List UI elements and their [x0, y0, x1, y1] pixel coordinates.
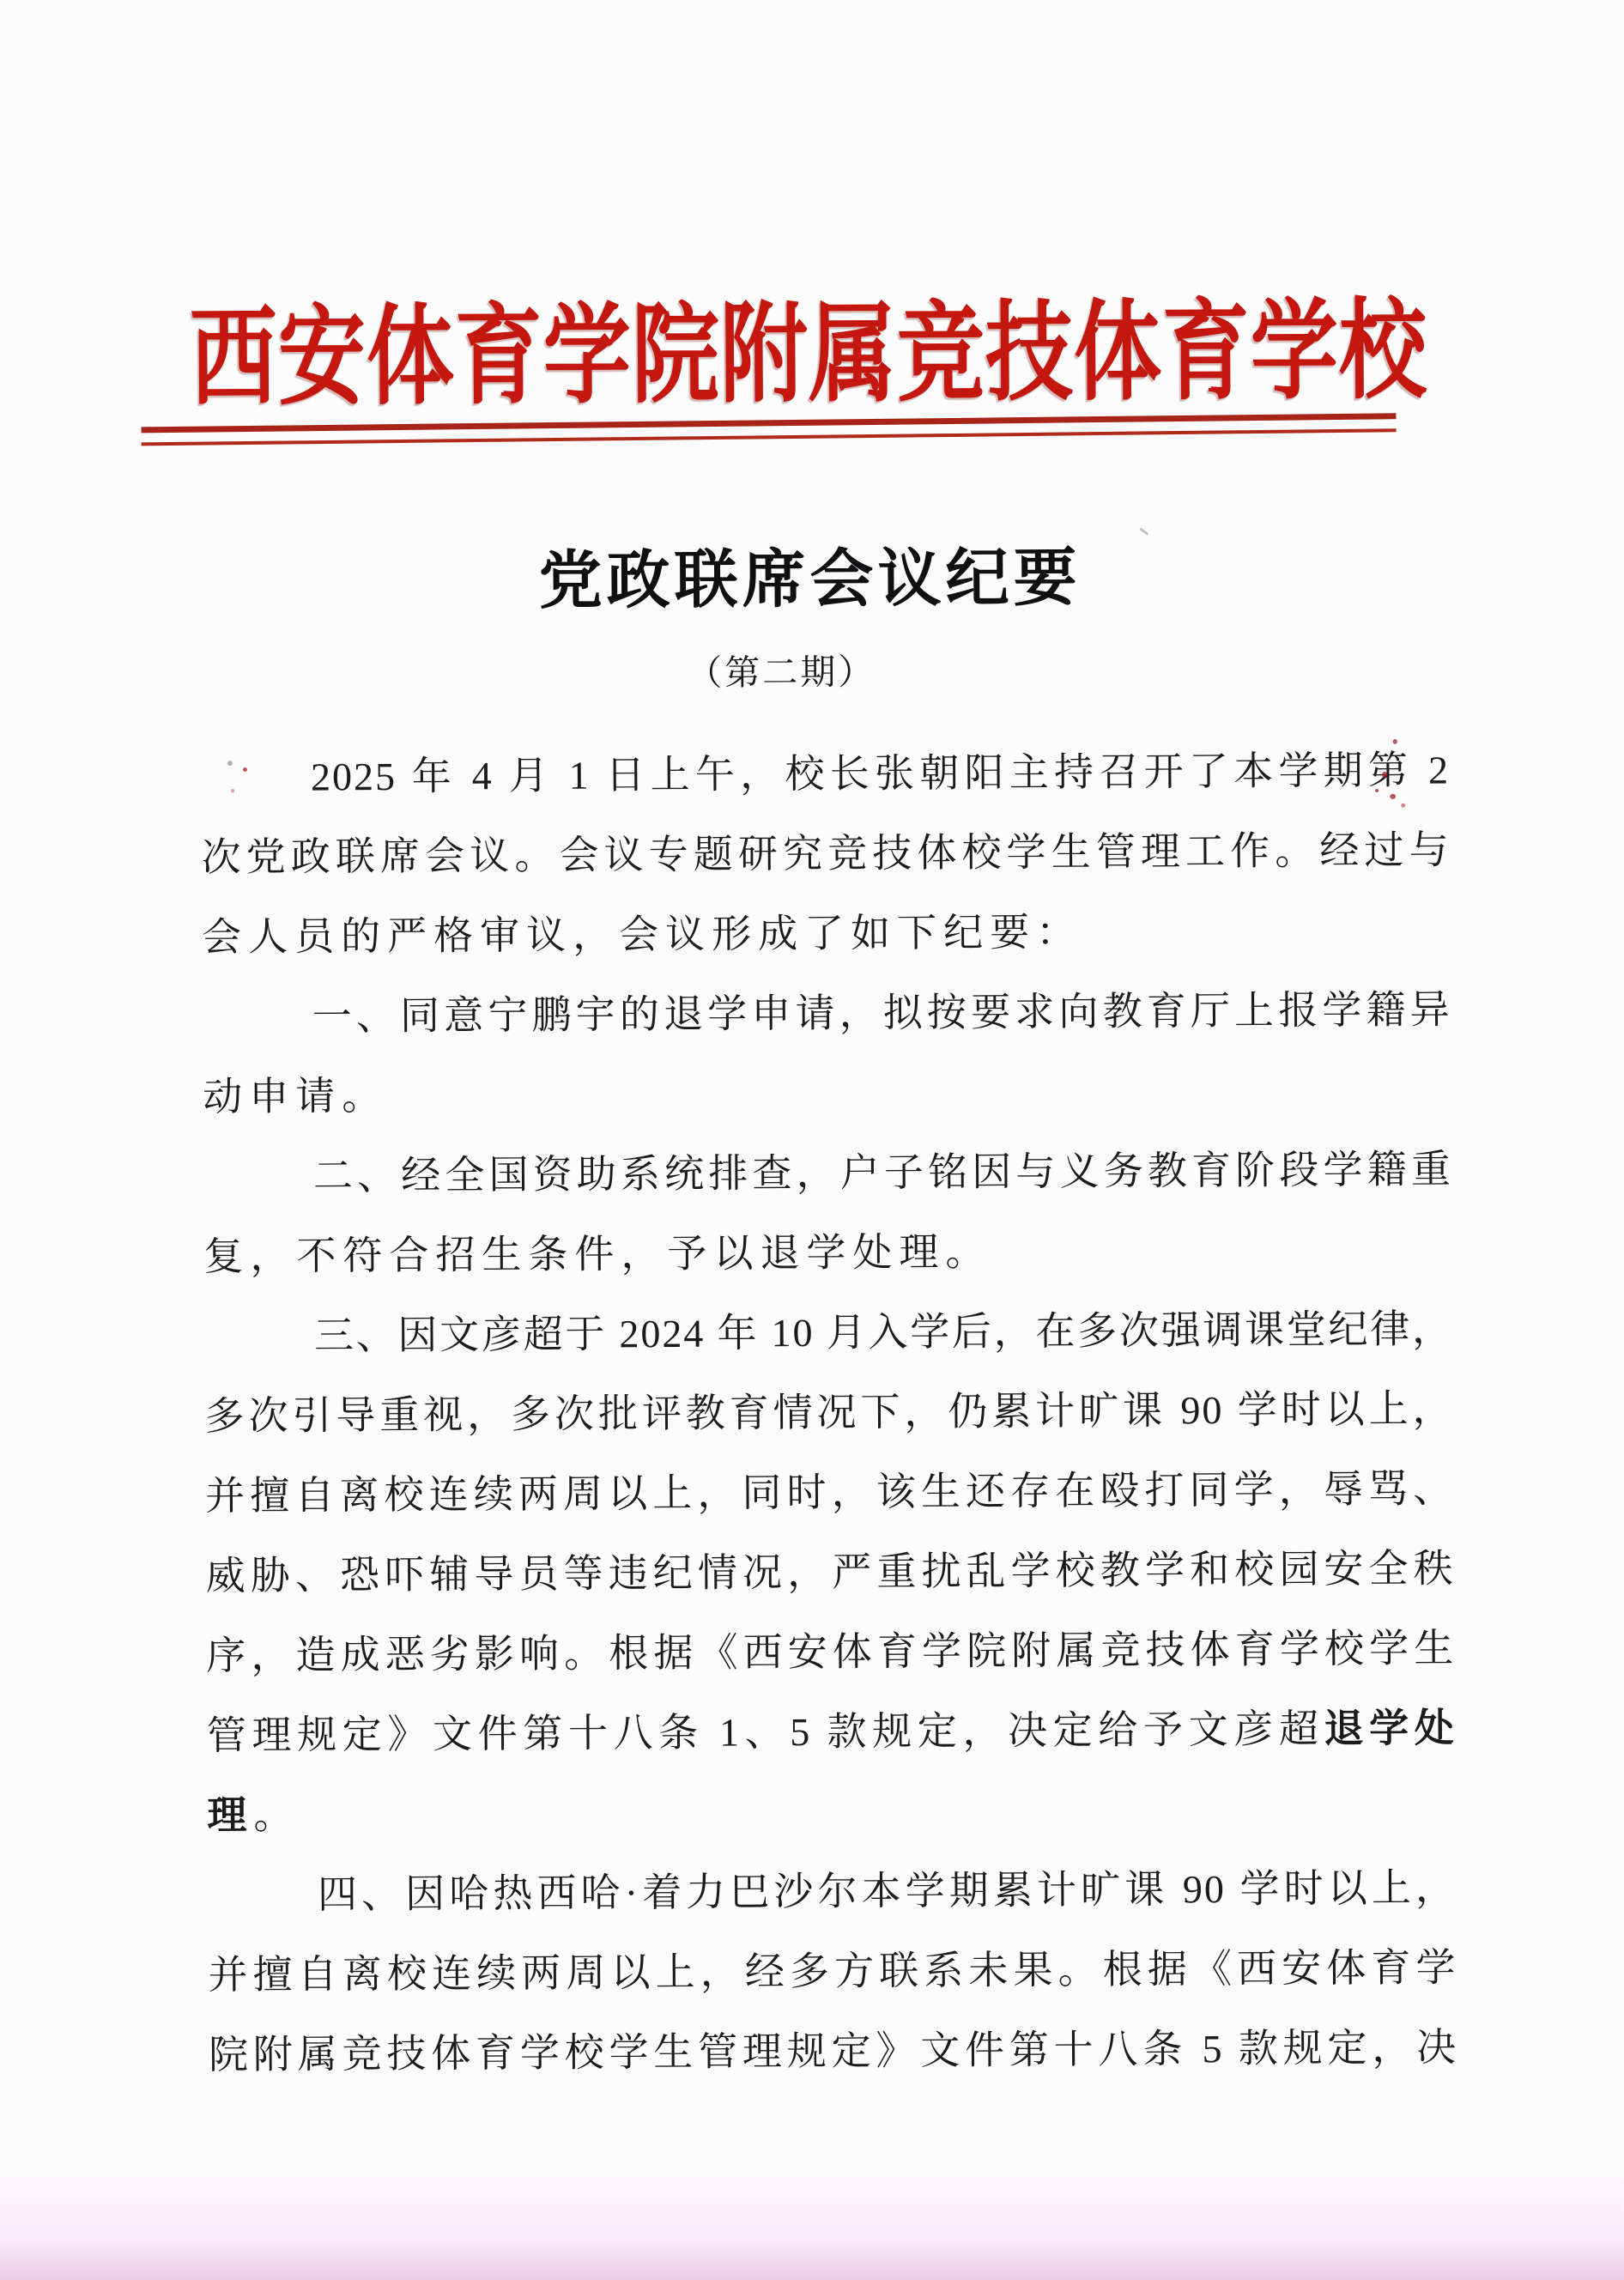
- text-run: 2025 年 4 月 1 日上午，校长张朝阳主持召开了本学期第 2: [311, 748, 1450, 798]
- text-run: 院附属竞技体育学校学生管理规定》文件第十八条 5 款规定，决: [209, 2025, 1457, 2077]
- body-line: 序，造成恶劣影响。根据《西安体育学院附属竞技体育学校学生: [206, 1608, 1456, 1695]
- text-run: 多次引导重视，多次批评教育情况下，仍累计旷课 90 学时以上，: [204, 1386, 1453, 1438]
- body-line: 次党政联席会议。会议专题研究竞技体校学生管理工作。经过与: [201, 810, 1451, 897]
- letterhead-title: 西安体育学院附属竞技体育学校: [0, 263, 1621, 428]
- scan-speck: [231, 789, 234, 792]
- text-run: 序，造成恶劣影响。根据《西安体育学院附属竞技体育学校学生: [206, 1626, 1455, 1677]
- issue-number: （第二期）: [0, 639, 1593, 700]
- body-line: 三、因文彦超于 2024 年 10 月入学后，在多次强调课堂纪律，: [204, 1289, 1454, 1376]
- scan-speck: [1390, 794, 1396, 799]
- text-run: 一、同意宁鹏宇的退学申请，拟按要求向教育厅上报学籍异: [312, 987, 1451, 1038]
- scan-speck: [1382, 772, 1387, 778]
- text-run: 四、因哈热西哈·着力巴沙尔本学期累计旷课 90 学时以上，: [318, 1865, 1457, 1916]
- text-run: 动申请。: [203, 1074, 388, 1119]
- body-line: 多次引导重视，多次批评教育情况下，仍累计旷课 90 学时以上，: [204, 1368, 1454, 1456]
- body-line: 并擅自离校连续两周以上，同时，该生还存在殴打同学，辱骂、: [205, 1448, 1455, 1536]
- document-content: 西安体育学院附属竞技体育学校 党政联席会议纪要 （第二期） 2025 年 4 月…: [0, 0, 1624, 2280]
- text-run: 并擅自离校连续两周以上，经多方联系未果。根据《西安体育学: [208, 1945, 1457, 1997]
- text-run: 二、经全国资助系统排查，户子铭因与义务教育阶段学籍重: [313, 1147, 1452, 1198]
- text-run: 次党政联席会议。会议专题研究竞技体校学生管理工作。经过与: [201, 828, 1450, 879]
- emphasis-text: 理: [207, 1793, 253, 1837]
- body-line: 动申请。: [203, 1049, 1452, 1137]
- body-line: 2025 年 4 月 1 日上午，校长张朝阳主持召开了本学期第 2: [201, 730, 1451, 817]
- text-run: 管理规定》文件第十八条 1、5 款规定，决定给予文彦超: [207, 1707, 1324, 1757]
- body-line: 威胁、恐吓辅导员等违纪情况，严重扰乱学校教学和校园安全秩: [205, 1528, 1455, 1616]
- scan-speck: [243, 767, 247, 772]
- scan-speck: [1401, 803, 1405, 808]
- body-line: 院附属竞技体育学校学生管理规定》文件第十八条 5 款规定，决: [209, 2007, 1458, 2095]
- scan-speck: [227, 761, 233, 766]
- document-body: 2025 年 4 月 1 日上午，校长张朝阳主持召开了本学期第 2次党政联席会议…: [201, 730, 1458, 2095]
- document-title: 党政联席会议纪要: [0, 524, 1622, 625]
- body-line: 理。: [207, 1768, 1457, 1855]
- text-run: 三、因文彦超于 2024 年 10 月入学后，在多次强调课堂纪律，: [314, 1307, 1453, 1357]
- scanned-document-page: 西安体育学院附属竞技体育学校 党政联席会议纪要 （第二期） 2025 年 4 月…: [0, 0, 1624, 2280]
- text-run: 会人员的严格审议，会议形成了如下纪要：: [202, 910, 1082, 959]
- scan-speck: [1393, 739, 1397, 744]
- body-line: 二、经全国资助系统排查，户子铭因与义务教育阶段学籍重: [203, 1129, 1453, 1216]
- body-line: 会人员的严格审议，会议形成了如下纪要：: [202, 889, 1451, 977]
- body-line: 管理规定》文件第十八条 1、5 款规定，决定给予文彦超退学处: [207, 1688, 1457, 1775]
- text-run: 。: [253, 1793, 300, 1837]
- text-run: 复，不符合招生条件，予以退学处理。: [203, 1230, 991, 1279]
- body-line: 四、因哈热西哈·着力巴沙尔本学期累计旷课 90 学时以上，: [208, 1847, 1457, 1935]
- body-line: 复，不符合招生条件，予以退学处理。: [203, 1209, 1453, 1296]
- emphasis-text: 退学处: [1324, 1706, 1456, 1750]
- letterhead-rule-thin: [142, 428, 1397, 446]
- text-run: 并擅自离校连续两周以上，同时，该生还存在殴打同学，辱骂、: [205, 1466, 1454, 1518]
- body-line: 并擅自离校连续两周以上，经多方联系未果。根据《西安体育学: [208, 1927, 1457, 2015]
- scan-speck: [1375, 789, 1379, 792]
- text-run: 威胁、恐吓辅导员等违纪情况，严重扰乱学校教学和校园安全秩: [206, 1546, 1455, 1598]
- body-line: 一、同意宁鹏宇的退学申请，拟按要求向教育厅上报学籍异: [202, 969, 1451, 1057]
